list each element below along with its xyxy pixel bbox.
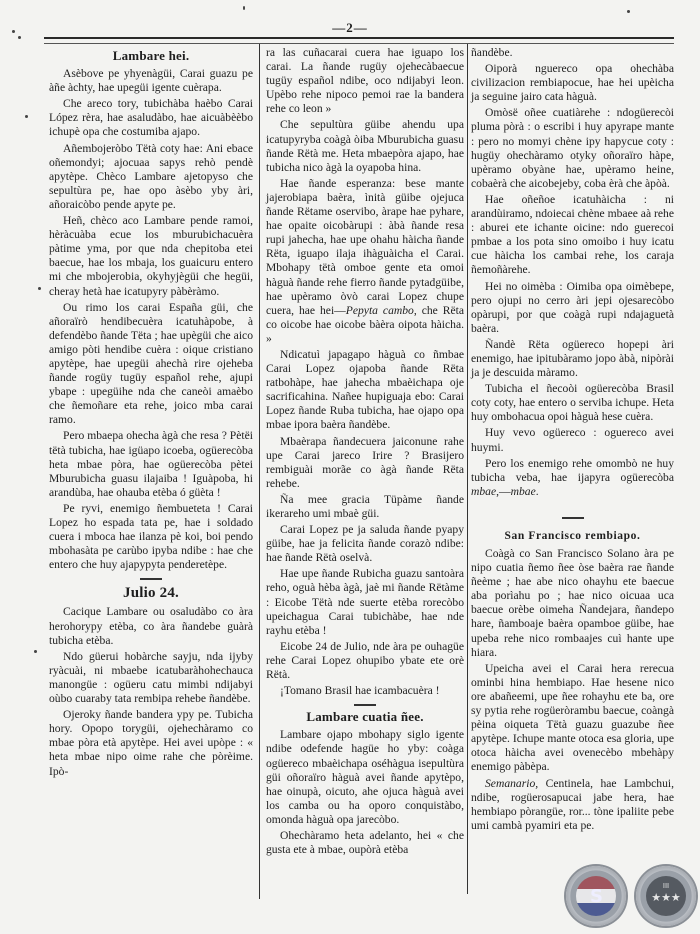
paragraph: Semanario, Centinela, hae Lambchui, ndib… xyxy=(471,777,674,833)
stars-emblem: III ★★★ xyxy=(646,876,686,916)
left-column: Lambare hei. Asèbove pe yhyenàgüi, Carai… xyxy=(49,46,253,781)
paragraph: Eicobe 24 de Julio, nde àra pe ouhagüe r… xyxy=(266,640,464,682)
ink-speck xyxy=(12,30,15,33)
newspaper-page: —2— Lambare hei. Asèbove pe yhyenàgüi, C… xyxy=(0,0,700,934)
ink-speck xyxy=(34,650,37,653)
section-separator xyxy=(562,517,584,519)
paragraph: Lambare ojapo mbohapy siglo igente ndibe… xyxy=(266,728,464,827)
italic-word: mbae xyxy=(511,485,536,498)
column-divider xyxy=(259,44,260,899)
middle-column: ra las cuñacarai cuera hae iguapo los ca… xyxy=(266,46,464,859)
map-icon: S xyxy=(590,886,603,907)
paragraph: Cacique Lambare ou osaludàbo co àra hero… xyxy=(49,605,253,647)
paragraph: Omòsë oñee cuatiàrehe : ndogüerecòi plum… xyxy=(471,106,674,191)
flag-emblem: S xyxy=(576,876,616,916)
ink-speck xyxy=(18,36,21,39)
paragraph: Mbaèrapa ñandecuera jaiconune rahe upe C… xyxy=(266,435,464,491)
paragraph: Che areco tory, tubichàba haèbo Carai Ló… xyxy=(49,97,253,139)
paragraph: Hae upe ñande Rubicha guazu santoàra reh… xyxy=(266,567,464,637)
paragraph: ra las cuñacarai cuera hae iguapo los ca… xyxy=(266,46,464,116)
section-separator xyxy=(140,578,162,580)
paragraph-text: Pero los enemigo rehe omombò ne huy tubi… xyxy=(471,457,674,484)
paragraph: Asèbove pe yhyenàgüi, Carai guazu pe àñe… xyxy=(49,67,253,95)
paragraph: Ojeroky ñande bandera ypy pe. Tubicha ho… xyxy=(49,708,253,778)
paragraph: Añembojeròbo Tëtà coty hae: Ani ebace oñ… xyxy=(49,142,253,212)
paragraph: Ndo güerui hobàrche sayju, nda ijyby ryà… xyxy=(49,650,253,706)
badge-numeral: III xyxy=(646,882,686,890)
ink-speck xyxy=(38,287,41,290)
stars-badge: III ★★★ xyxy=(636,866,696,926)
paragraph: Heñ, chèco aco Lambare pende ramoi, hèrà… xyxy=(49,214,253,299)
italic-phrase: Pepyta cambo xyxy=(346,304,414,317)
paragraph: Upeicha avei el Carai hera rerecua ominb… xyxy=(471,662,674,775)
paragraph: ñandèbe. xyxy=(471,46,674,60)
paragraph: Oiporà nguereco opa ohechàba civilizacio… xyxy=(471,62,674,104)
paragraph: Pero los enemigo rehe omombò ne huy tubi… xyxy=(471,457,674,499)
paragraph: Ñandè Rëta ogüereco hopepi àri enemigo, … xyxy=(471,338,674,380)
column-divider xyxy=(467,44,468,894)
page-number: —2— xyxy=(0,20,700,36)
watermark-badges: S III ★★★ xyxy=(566,866,700,932)
ink-speck xyxy=(25,115,28,118)
article-title: Lambare hei. xyxy=(49,49,253,63)
article-title: Julio 24. xyxy=(49,586,253,600)
paragraph: Huy vevo ogüereco : oguereco avei huymi. xyxy=(471,426,674,454)
flag-badge: S xyxy=(566,866,626,926)
italic-lead: Semanario, xyxy=(485,777,538,790)
paragraph: Che sepultùra güibe ahendu upa icatupyry… xyxy=(266,118,464,174)
stars-icon: ★★★ xyxy=(646,891,686,904)
paragraph: Pe ryvi, enemigo ñembueteta ! Carai Lope… xyxy=(49,502,253,572)
paragraph: Hae oñeñoe icatuhàicha : ni arandùiramo,… xyxy=(471,193,674,278)
paragraph: Hae ñande esperanza: bese mante jajerobi… xyxy=(266,177,464,346)
paragraph: ¡Tomano Brasil hae icambacuèra ! xyxy=(266,684,464,698)
article-title: San Francisco rembiapo. xyxy=(471,529,674,543)
right-column: ñandèbe. Oiporà nguereco opa ohechàba ci… xyxy=(471,46,674,835)
paragraph: Hei no oimèba : Oimiba opa oimèbepe, per… xyxy=(471,280,674,336)
paragraph: Tubicha el ñecoòi ogüerecòba Brasil coty… xyxy=(471,382,674,424)
paragraph: Coàgà co San Francisco Solano àra pe nip… xyxy=(471,547,674,660)
paragraph: Pero mbaepa ohecha àgà che resa ? Pètëi … xyxy=(49,429,253,499)
section-separator xyxy=(354,704,376,706)
article-title: Lambare cuatia ñee. xyxy=(266,710,464,724)
paragraph: Ohechàramo heta adelanto, hei « che gust… xyxy=(266,829,464,857)
ink-speck xyxy=(243,6,245,10)
paragraph: Ndicatuì japagapo hàguà co ñmbae Carai L… xyxy=(266,348,464,433)
paragraph-text: Hae ñande esperanza: bese mante jajerobi… xyxy=(266,177,464,317)
italic-word: mbae xyxy=(471,485,496,498)
paragraph: Ña mee gracia Tüpàme ñande ikerareho umi… xyxy=(266,493,464,521)
top-rule xyxy=(44,37,674,44)
paragraph: Ou rimo los carai España güi, che añoraï… xyxy=(49,301,253,428)
paragraph: Carai Lopez pe ja saluda ñande pyapy güi… xyxy=(266,523,464,565)
ink-speck xyxy=(627,10,630,13)
